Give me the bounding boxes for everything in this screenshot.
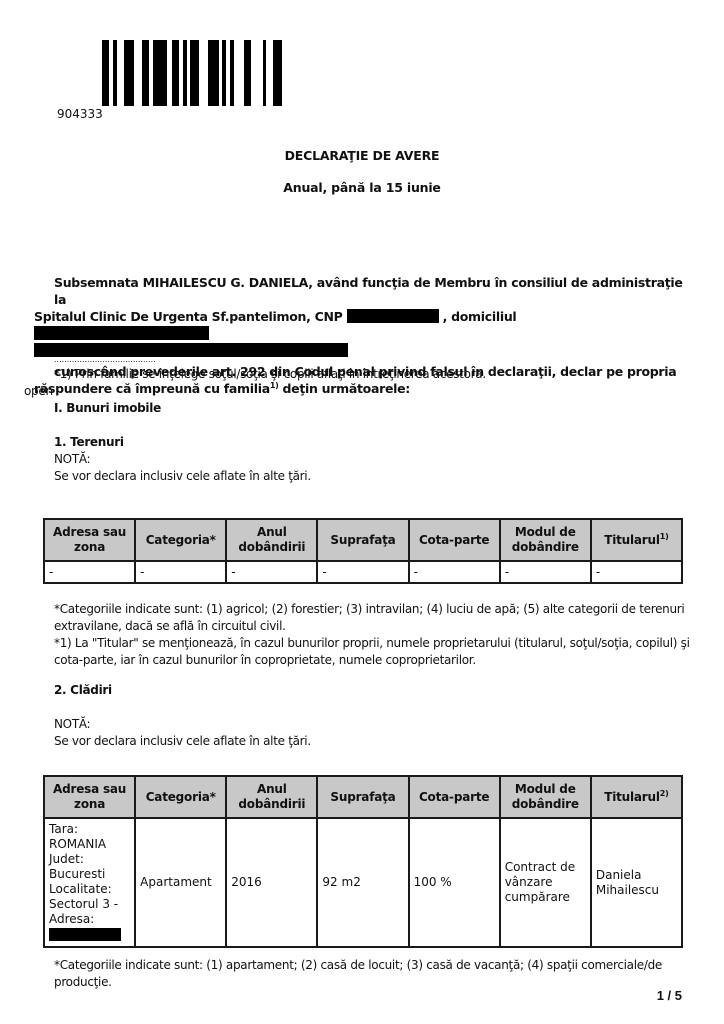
col-header-area: Suprafaţa: [317, 519, 408, 561]
col-header-share: Cota-parte: [409, 519, 500, 561]
redacted-cnp: [347, 309, 439, 323]
col-header-area: Suprafaţa: [317, 776, 408, 818]
dotted-line: ........................................: [34, 354, 694, 366]
col-header-address: Adresa sau zona: [44, 776, 135, 818]
cell-category: -: [135, 561, 226, 583]
land-notes: *Categoriile indicate sunt: (1) agricol;…: [34, 601, 694, 669]
land-table-header: Adresa sau zona Categoria* Anul dobândir…: [44, 519, 682, 561]
intro-notes: ........................................…: [34, 354, 694, 485]
open-word: open: [24, 383, 694, 400]
col-header-address: Adresa sau zona: [44, 519, 135, 561]
col-header-mode: Modul de dobândire: [500, 519, 591, 561]
barcode-number: 904333: [57, 107, 103, 121]
subsection-title-buildings: 2. Clădiri: [34, 682, 694, 699]
page-number: 1 / 5: [657, 988, 682, 1003]
section-title-immovable: I. Bunuri imobile: [34, 400, 694, 417]
cell-mode: -: [500, 561, 591, 583]
cell-area: -: [317, 561, 408, 583]
document-subtitle: Anual, până la 15 iunie: [0, 180, 724, 195]
col-header-holder: Titularul2): [591, 776, 682, 818]
land-nota-label: NOTĂ:: [34, 451, 694, 468]
col-header-category: Categoria*: [135, 519, 226, 561]
cell-address: Tara: ROMANIA Judet: Bucuresti Localitat…: [44, 818, 135, 947]
document-title: DECLARAŢIE DE AVERE: [0, 148, 724, 163]
intro-line-2: Spitalul Clinic De Urgenta Sf.pantelimon…: [34, 308, 694, 342]
cell-holder: Daniela Mihailescu: [591, 818, 682, 947]
cell-category: Apartament: [135, 818, 226, 947]
land-nota-text: Se vor declara inclusiv cele aflate în a…: [34, 468, 694, 485]
cell-year: 2016: [226, 818, 317, 947]
redacted-address: [34, 326, 209, 340]
col-header-category: Categoria*: [135, 776, 226, 818]
land-categories-note: *Categoriile indicate sunt: (1) agricol;…: [34, 601, 694, 635]
buildings-categories-note: *Categoriile indicate sunt: (1) apartame…: [34, 957, 694, 991]
buildings-table: Adresa sau zona Categoria* Anul dobândir…: [43, 775, 683, 948]
family-note: *1) Prin familie se înţelege soţul/soţia…: [34, 366, 694, 383]
buildings-nota-label: NOTĂ:: [34, 716, 694, 733]
col-header-share: Cota-parte: [409, 776, 500, 818]
cell-mode: Contract de vânzare cumpărare: [500, 818, 591, 947]
cell-holder: -: [591, 561, 682, 583]
cell-area: 92 m2: [317, 818, 408, 947]
buildings-nota-text: Se vor declara inclusiv cele aflate în a…: [34, 733, 694, 750]
col-header-holder: Titularul1): [591, 519, 682, 561]
buildings-categories-note-block: *Categoriile indicate sunt: (1) apartame…: [34, 957, 694, 991]
buildings-intro: 2. Clădiri NOTĂ: Se vor declara inclusiv…: [34, 682, 694, 750]
table-row: - - - - - - -: [44, 561, 682, 583]
land-table: Adresa sau zona Categoria* Anul dobândir…: [43, 518, 683, 584]
cell-year: -: [226, 561, 317, 583]
cell-address: -: [44, 561, 135, 583]
cell-share: -: [409, 561, 500, 583]
buildings-table-header: Adresa sau zona Categoria* Anul dobândir…: [44, 776, 682, 818]
subsection-title-land: 1. Terenuri: [34, 434, 694, 451]
col-header-mode: Modul de dobândire: [500, 776, 591, 818]
intro-line-1: Subsemnata MIHAILESCU G. DANIELA, având …: [34, 274, 694, 308]
barcode-image: [100, 40, 290, 106]
col-header-year: Anul dobândirii: [226, 776, 317, 818]
col-header-year: Anul dobândirii: [226, 519, 317, 561]
table-row: Tara: ROMANIA Judet: Bucuresti Localitat…: [44, 818, 682, 947]
redacted-street-address: [49, 928, 121, 941]
cell-share: 100 %: [409, 818, 500, 947]
land-titular-note: *1) La "Titular" se menţionează, în cazu…: [34, 635, 694, 669]
